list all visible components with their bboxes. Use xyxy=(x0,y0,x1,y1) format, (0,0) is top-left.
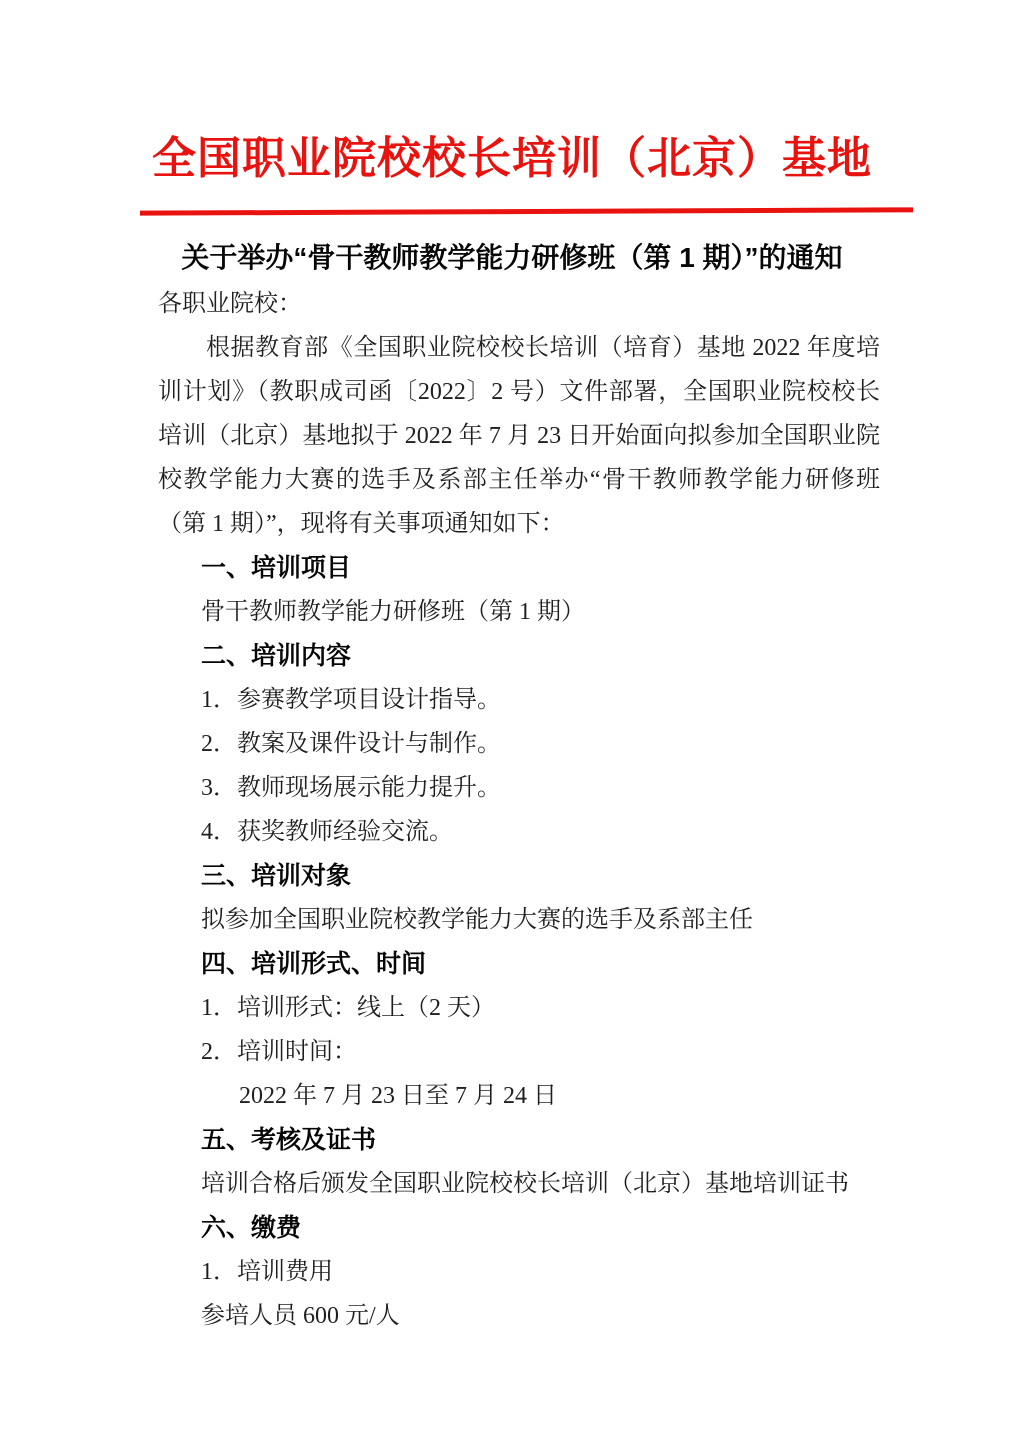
section-item: 拟参加全国职业院校教学能力大赛的选手及系部主任 xyxy=(201,898,880,942)
notice-title: 关于举办“骨干教师教学能力研修班（第 1 期）”的通知 xyxy=(0,239,1024,277)
document-page: 全国职业院校校长培训（北京）基地 关于举办“骨干教师教学能力研修班（第 1 期）… xyxy=(0,0,1024,1447)
sections-list: 一、培训项目 骨干教师教学能力研修班（第 1 期） 二、培训内容 1．参赛教学项… xyxy=(158,546,880,1338)
section-item: 1．培训费用 xyxy=(201,1250,880,1294)
section-heading-assessment-certificate: 五、考核及证书 xyxy=(201,1118,880,1162)
section-heading-training-content: 二、培训内容 xyxy=(201,634,880,678)
section-item: 3．教师现场展示能力提升。 xyxy=(201,766,880,810)
paragraph-line: 校教学能力大赛的选手及系部主任举办“骨干教师教学能力研修班 xyxy=(158,458,880,502)
section-item: 骨干教师教学能力研修班（第 1 期） xyxy=(201,590,880,634)
section-heading-training-program: 一、培训项目 xyxy=(201,546,880,590)
section-heading-training-format-time: 四、培训形式、时间 xyxy=(201,942,880,986)
paragraph-line: 培训（北京）基地拟于 2022 年 7 月 23 日开始面向拟参加全国职业院 xyxy=(158,414,880,458)
section-item: 4．获奖教师经验交流。 xyxy=(201,810,880,854)
section-heading-payment: 六、缴费 xyxy=(201,1206,880,1250)
paragraph-line: 训计划》（教职成司函〔2022〕2 号）文件部署，全国职业院校校长 xyxy=(158,370,880,414)
intro-paragraph: 根据教育部《全国职业院校校长培训（培育）基地 2022 年度培 训计划》（教职成… xyxy=(158,326,880,546)
section-item: 1．培训形式：线上（2 天） xyxy=(201,986,880,1030)
section-item-training-dates: 2022 年 7 月 23 日至 7 月 24 日 xyxy=(201,1074,880,1118)
paragraph-line: （第 1 期）”，现将有关事项通知如下： xyxy=(158,502,880,546)
section-item: 2．教案及课件设计与制作。 xyxy=(201,722,880,766)
section-heading-training-audience: 三、培训对象 xyxy=(201,854,880,898)
section-item-fee: 参培人员 600 元/人 xyxy=(201,1294,880,1338)
divider-rule xyxy=(140,207,913,215)
section-item: 2．培训时间： xyxy=(201,1030,880,1074)
notice-body: 各职业院校： 根据教育部《全国职业院校校长培训（培育）基地 2022 年度培 训… xyxy=(158,282,880,1338)
letterhead-title: 全国职业院校校长培训（北京）基地 xyxy=(0,0,1024,188)
section-item: 1．参赛教学项目设计指导。 xyxy=(201,678,880,722)
paragraph-line: 根据教育部《全国职业院校校长培训（培育）基地 2022 年度培 xyxy=(158,326,880,370)
salutation: 各职业院校： xyxy=(158,282,880,326)
section-item: 培训合格后颁发全国职业院校校长培训（北京）基地培训证书 xyxy=(201,1162,880,1206)
